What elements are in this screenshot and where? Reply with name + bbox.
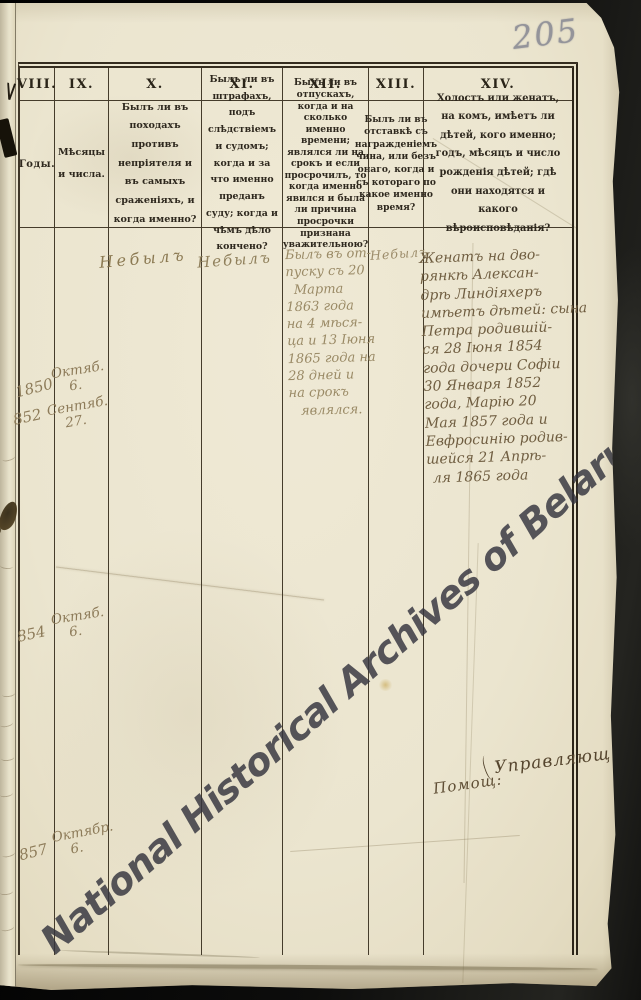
column-ix-numeral: IX. xyxy=(55,68,109,101)
column-viii-heading: Годы. xyxy=(20,101,55,228)
column-xiii-numeral: XIII. xyxy=(369,68,424,101)
column-xi-body xyxy=(202,228,283,955)
page-fold-line xyxy=(18,963,598,971)
column-x-heading: Былъ ли въ походахъ противъ непріятеля и… xyxy=(109,101,202,228)
column-x-numeral: X. xyxy=(109,68,202,101)
document-page: 205 VIII. IX. X. XI. XII. XIII. XIV. Год… xyxy=(0,3,641,993)
column-viii-numeral: VIII. xyxy=(20,68,55,101)
column-ix-heading: Мѣсяцы и числа. xyxy=(55,101,109,228)
column-xiv-heading: Холостъ или женатъ, на комъ, имѣетъ ли д… xyxy=(424,101,572,228)
page-number: 205 xyxy=(510,11,581,57)
leave-entry: Былъ въ от- пуску съ 20 Марта 1863 года … xyxy=(285,245,378,420)
column-xiii-heading: Былъ ли въ отставкѣ съ награжденіемъ чин… xyxy=(369,101,424,228)
family-entry: Женатъ на дво- рянкѣ Алексан- дрѣ Линдія… xyxy=(419,244,593,488)
column-xiii-body xyxy=(369,228,424,955)
column-xi-heading: Былъ ли въ штрафахъ, подъ слѣдствіемъ и … xyxy=(202,101,283,228)
